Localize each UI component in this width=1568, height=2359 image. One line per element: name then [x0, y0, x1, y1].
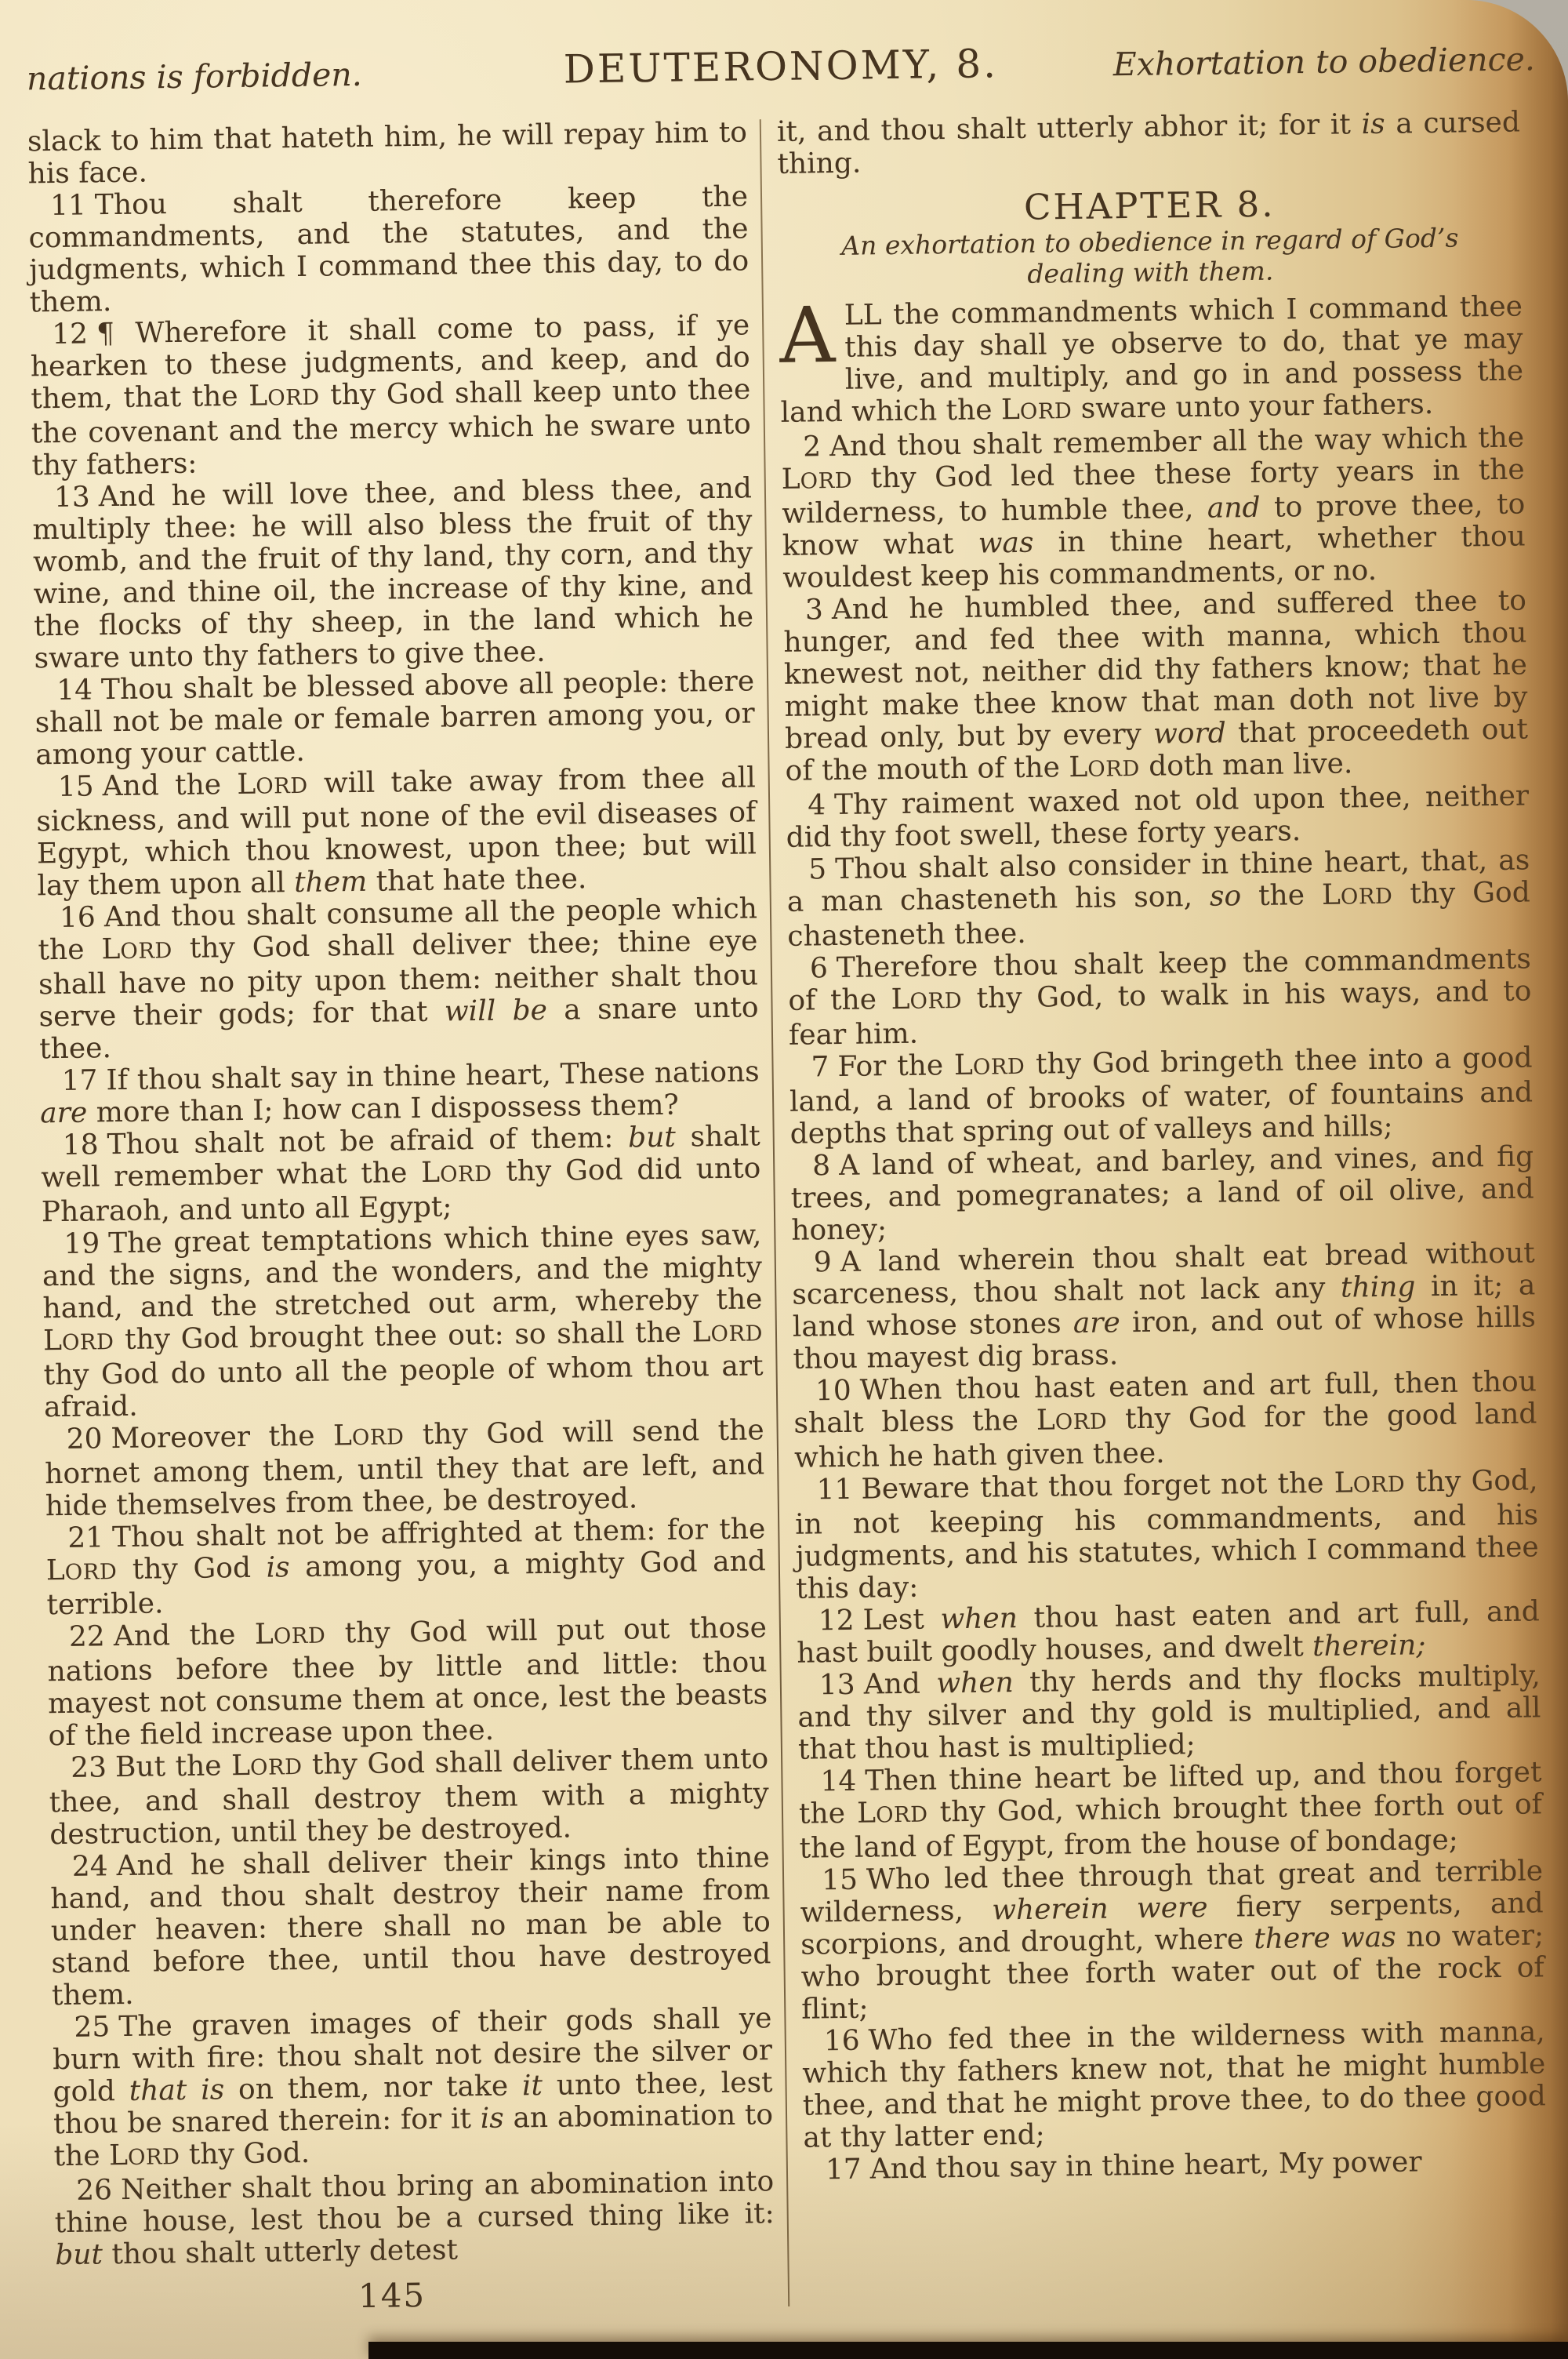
verse-text: Who fed thee in the wilderness with mann… — [802, 2016, 1546, 2154]
verse-text: Moreover the LORD thy God will send the … — [45, 1414, 764, 1522]
scan-edge-shadow — [368, 2342, 1568, 2359]
verse-number: 8 — [812, 1150, 839, 1182]
verse-text: And when thy herds and thy flocks multip… — [797, 1659, 1541, 1765]
verse-number: 6 — [810, 952, 837, 984]
left-column: slack to him that hateth him, he will re… — [27, 116, 775, 2316]
verse-number: 5 — [808, 853, 835, 885]
verse-paragraph: 8A land of wheat, and barley, and vines,… — [790, 1140, 1535, 1246]
verse-number: 16 — [824, 2025, 869, 2058]
continuation-paragraph: it, and thou shalt utterly abhor it; for… — [777, 107, 1521, 180]
verse-number: 15 — [822, 1864, 866, 1897]
verse-text: And thou shalt remember all the way whic… — [781, 421, 1526, 594]
verse-number: 13 — [819, 1669, 864, 1702]
verse-text: Then thine heart be lifted up, and thou … — [799, 1756, 1542, 1864]
verse-paragraph: 14Then thine heart be lifted up, and tho… — [798, 1756, 1543, 1864]
verse-text: Thou shalt not be affrighted at them: fo… — [46, 1513, 766, 1621]
verse-text: Who led thee through that great and terr… — [800, 1855, 1544, 2025]
verse-number: 16 — [60, 901, 104, 934]
verse-paragraph: 14Thou shalt be blessed above all people… — [34, 665, 756, 771]
verse-number: 26 — [76, 2174, 121, 2207]
verse-number: 25 — [74, 2011, 118, 2044]
verse-text: A land wherein thou shalt eat bread with… — [792, 1237, 1536, 1375]
verse-number: 11 — [816, 1474, 861, 1507]
verse-number: 14 — [56, 674, 101, 707]
verse-number: 22 — [69, 1620, 114, 1653]
verse-paragraph: 5Thou shalt also consider in thine heart… — [786, 844, 1531, 952]
verse-text: Therefore thou shalt keep the commandmen… — [788, 943, 1531, 1051]
verse-number: 13 — [54, 481, 99, 514]
running-title-right: Exhortation to obedience. — [1022, 40, 1535, 85]
verse-text: For the LORD thy God bringeth thee into … — [789, 1041, 1533, 1150]
verse-number: 17 — [61, 1064, 106, 1097]
verse-paragraph: 25The graven images of their gods shall … — [52, 2002, 774, 2175]
chapter-summary: An exhortation to obedience in regard of… — [826, 222, 1475, 292]
text-columns: slack to him that hateth him, he will re… — [27, 106, 1564, 2316]
verse-paragraph: 13And when thy herds and thy flocks mult… — [797, 1659, 1542, 1765]
verse-paragraph: 13And he will love thee, and bless thee,… — [32, 472, 754, 674]
right-column-verses: 2And thou shalt remember all the way whi… — [781, 421, 1547, 2186]
verse-text: Lest when thou hast eaten and art full, … — [797, 1595, 1540, 1669]
verse-paragraph: 16And thou shalt consume all the people … — [38, 892, 760, 1065]
book-chapter-title: DEUTERONOMY, 8. — [539, 41, 1022, 93]
verse-number: 9 — [814, 1246, 840, 1278]
verse-text: If thou shalt say in thine heart, These … — [40, 1056, 760, 1129]
verse-paragraph: 23But the LORD thy God shall deliver the… — [49, 1743, 770, 1851]
verse-paragraph: 19The great temptations which thine eyes… — [42, 1219, 764, 1423]
verse-number: 24 — [72, 1850, 117, 1883]
verse-paragraph: 12Lest when thou hast eaten and art full… — [797, 1595, 1541, 1669]
verse-number: 7 — [811, 1051, 837, 1083]
verse-text: And thou say in thine heart, My power — [870, 2146, 1422, 2185]
verse-text: And thou shalt consume all the people wh… — [38, 892, 759, 1065]
running-title-left: nations is forbidden. — [27, 53, 540, 98]
verse-paragraph: 24And he shall deliver their kings into … — [50, 1841, 772, 2012]
verse-text: When thou hast eaten and art full, then … — [793, 1365, 1537, 1474]
verse-number: 12 — [818, 1605, 863, 1637]
verse-paragraph: 11Thou shalt therefore keep the commandm… — [28, 180, 750, 318]
page-content: nations is forbidden. DEUTERONOMY, 8. Ex… — [27, 34, 1565, 2316]
verse-paragraph: 11Beware that thou forget not the LORD t… — [794, 1464, 1539, 1605]
verse-text: The great temptations which thine eyes s… — [42, 1219, 764, 1423]
verse-paragraph: 22And the LORD thy God will put out thos… — [47, 1612, 768, 1752]
verse-paragraph: 20Moreover the LORD thy God will send th… — [44, 1414, 765, 1522]
verse-paragraph: 2And thou shalt remember all the way whi… — [781, 421, 1526, 594]
verse-text: And he will love thee, and bless thee, a… — [32, 472, 753, 674]
verse-number: 19 — [64, 1227, 108, 1260]
verse-paragraph: 26Neither shalt thou bring an abominatio… — [54, 2165, 775, 2271]
left-column-verses: 11Thou shalt therefore keep the commandm… — [28, 180, 775, 2271]
verse-text: Neither shalt thou bring an abomination … — [55, 2165, 775, 2271]
verse-paragraph: 15And the LORD will take away from thee … — [36, 761, 757, 902]
verse-paragraph: 17If thou shalt say in thine heart, Thes… — [39, 1056, 760, 1129]
verse-text: ¶ Wherefore it shall come to pass, if ye… — [31, 309, 752, 482]
verse-text: But the LORD thy God shall deliver them … — [49, 1743, 768, 1851]
first-verse-paragraph: ALL the commandments which I command the… — [779, 290, 1524, 431]
verse-text: Thou shalt be blessed above all people: … — [34, 665, 754, 771]
verse-text: And he humbled thee, and suffered thee t… — [783, 584, 1528, 787]
chapter-heading: CHAPTER 8. — [778, 184, 1521, 226]
verse-text: Thy raiment waxed not old upon thee, nei… — [786, 780, 1529, 853]
verse-paragraph: 16Who fed thee in the wilderness with ma… — [802, 2016, 1547, 2154]
drop-cap-letter: A — [779, 300, 845, 366]
verse-paragraph: 6Therefore thou shalt keep the commandme… — [788, 943, 1533, 1051]
verse-text: Beware that thou forget not the LORD thy… — [795, 1464, 1539, 1605]
verse-paragraph: 7For the LORD thy God bringeth thee into… — [789, 1041, 1534, 1150]
verse-number: 17 — [826, 2154, 870, 2186]
page-header: nations is forbidden. DEUTERONOMY, 8. Ex… — [27, 34, 1536, 99]
verse-number: 18 — [63, 1129, 107, 1161]
verse-paragraph: 3And he humbled thee, and suffered thee … — [783, 584, 1529, 789]
verse-paragraph: 10When thou hast eaten and art full, the… — [793, 1365, 1538, 1474]
verse-paragraph: 4Thy raiment waxed not old upon thee, ne… — [786, 780, 1530, 853]
verse-paragraph: 21Thou shalt not be affrighted at them: … — [45, 1513, 767, 1621]
page-number: 145 — [56, 2274, 775, 2316]
verse-number: 4 — [808, 789, 834, 821]
verse-number: 12 — [52, 318, 96, 351]
verse-text: Thou shalt also consider in thine heart,… — [787, 844, 1530, 952]
verse-number: 23 — [71, 1751, 115, 1784]
continuation-paragraph: slack to him that hateth him, he will re… — [27, 116, 748, 190]
verse-number: 21 — [67, 1521, 112, 1554]
verse-paragraph: 9A land wherein thou shalt eat bread wit… — [792, 1237, 1537, 1375]
book-page: nations is forbidden. DEUTERONOMY, 8. Ex… — [0, 0, 1568, 2359]
verse-text: LL the commandments which I command thee… — [780, 290, 1523, 428]
verse-number: 14 — [820, 1765, 865, 1798]
verse-paragraph: 15Who led thee through that great and te… — [800, 1855, 1545, 2025]
verse-number: 11 — [50, 189, 95, 222]
right-column: it, and thou shalt utterly abhor it; for… — [777, 107, 1547, 2186]
verse-number: 2 — [803, 431, 829, 463]
verse-number: 20 — [66, 1423, 111, 1456]
verse-text: And the LORD thy God will put out those … — [47, 1612, 768, 1752]
verse-paragraph: 12¶ Wherefore it shall come to pass, if … — [30, 309, 752, 482]
verse-number: 15 — [58, 770, 103, 803]
verse-text: And the LORD will take away from thee al… — [36, 761, 757, 902]
verse-text: The graven images of their gods shall ye… — [53, 2002, 774, 2172]
verse-text: And he shall deliver their kings into th… — [50, 1841, 771, 2012]
verse-text: Thou shalt not be afraid of them: but sh… — [41, 1120, 760, 1228]
verse-number: 10 — [815, 1375, 860, 1408]
verse-number: 3 — [805, 594, 832, 626]
verse-text: A land of wheat, and barley, and vines, … — [790, 1140, 1534, 1246]
verse-paragraph: 18Thou shalt not be afraid of them: but … — [41, 1120, 762, 1228]
verse-text: Thou shalt therefore keep the commandmen… — [28, 180, 749, 318]
